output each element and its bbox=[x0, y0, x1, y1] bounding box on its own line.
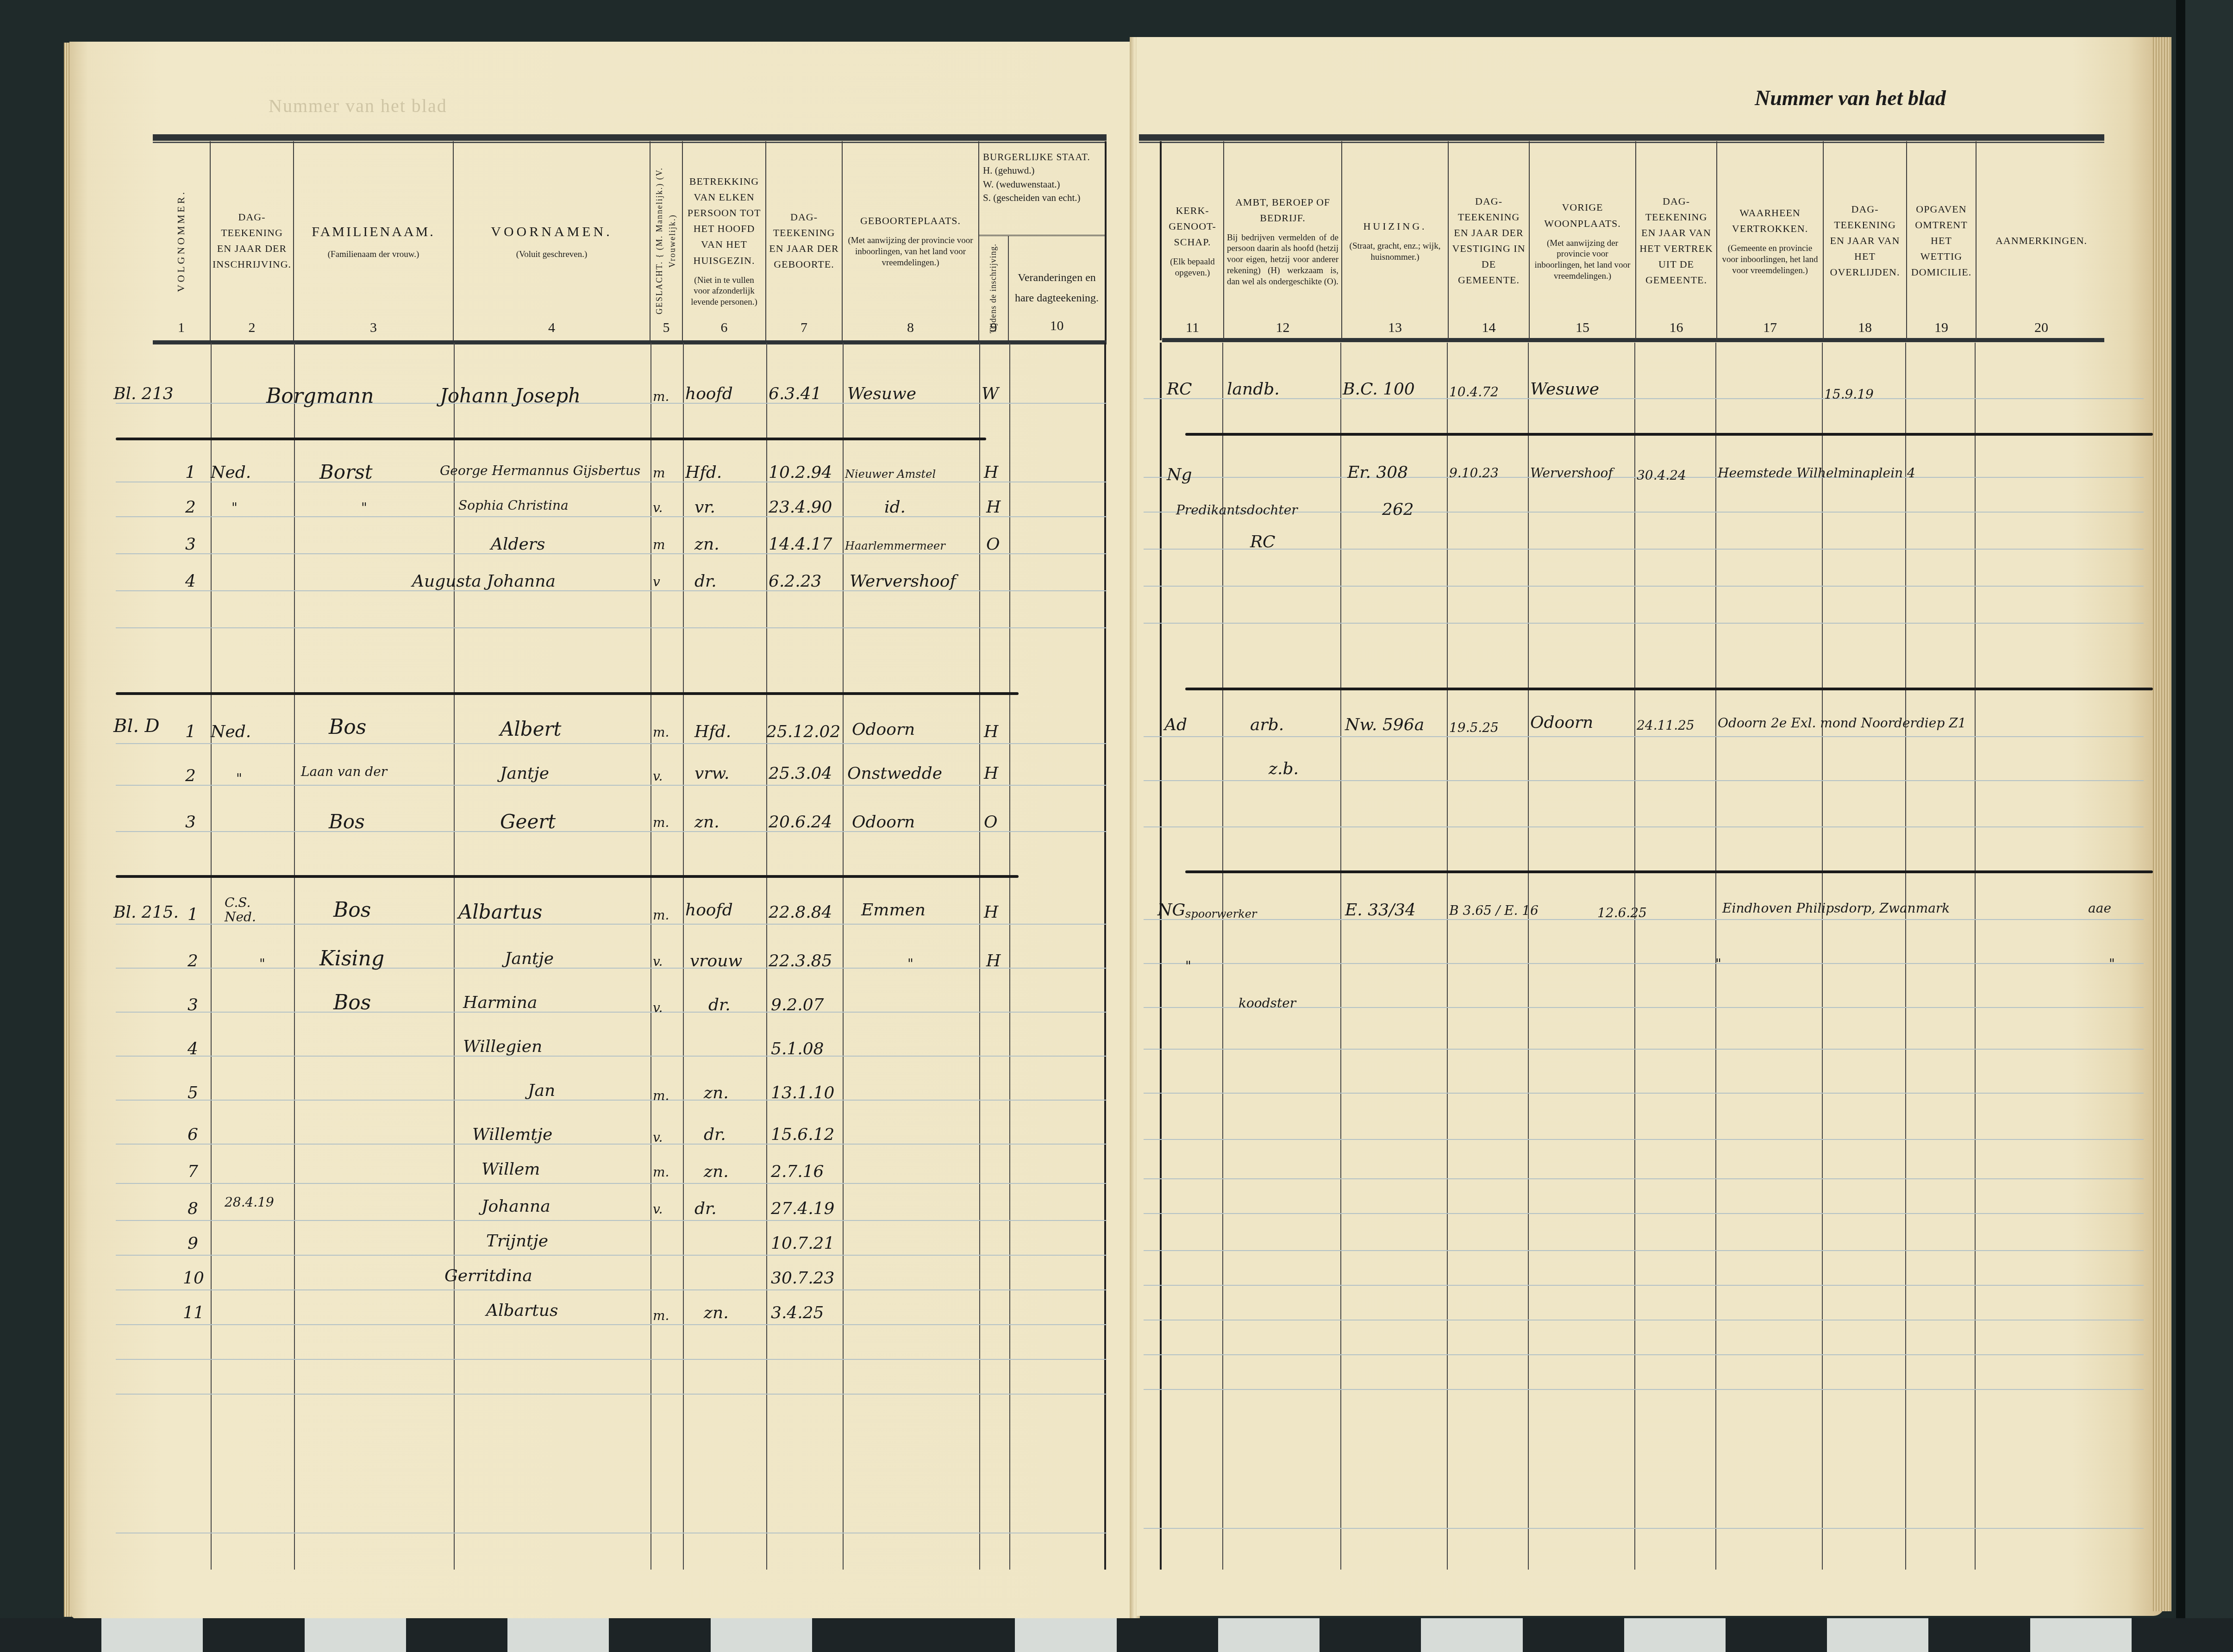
given-names: Sophia Christina bbox=[458, 498, 569, 513]
birth-place: Odoorn bbox=[852, 813, 915, 832]
col-header-1: VOLGNOMMER. 1 bbox=[153, 141, 211, 340]
sex: m. bbox=[653, 907, 669, 923]
occupation: Predikantsdochter bbox=[1176, 502, 1298, 518]
sex: v. bbox=[653, 769, 663, 784]
given-names: Albartus bbox=[486, 1301, 558, 1320]
civil-status: H bbox=[984, 903, 998, 922]
sequence-number: 3 bbox=[185, 813, 196, 832]
relation: hoofd bbox=[685, 901, 733, 920]
col-header-6: BETREKKING VAN ELKEN PERSOON TOT HET HOO… bbox=[683, 141, 766, 340]
family-name: " bbox=[361, 500, 367, 515]
sex: v. bbox=[653, 1000, 663, 1015]
house: B.C. 100 bbox=[1343, 380, 1415, 399]
margin-note: Bl. 215. bbox=[113, 903, 179, 922]
family-name: Borgmann bbox=[266, 384, 374, 408]
sequence-number: 10 bbox=[183, 1269, 204, 1288]
birth-date: 9.2.07 bbox=[771, 995, 824, 1014]
registration: " bbox=[231, 500, 238, 515]
registration: " bbox=[259, 956, 265, 971]
sex: v. bbox=[653, 954, 663, 969]
sequence-number: 9 bbox=[188, 1234, 198, 1253]
given-names: Willemtje bbox=[472, 1125, 552, 1144]
registration: " bbox=[236, 771, 242, 786]
family-name: Bos bbox=[333, 991, 371, 1014]
header-top-rule-right bbox=[1139, 134, 2104, 141]
sex: m. bbox=[653, 815, 669, 830]
sequence-number: 5 bbox=[188, 1083, 198, 1102]
given-names: Augusta Johanna bbox=[412, 572, 556, 591]
registration: C.S. Ned. bbox=[225, 896, 266, 925]
church: RC bbox=[1167, 380, 1192, 399]
col-header-20: AANMERKINGEN. 20 bbox=[1977, 141, 2106, 340]
household-separator bbox=[116, 875, 1019, 878]
sex: m. bbox=[653, 1164, 669, 1180]
registration: Ned. bbox=[211, 722, 251, 741]
registration: Ned. bbox=[211, 463, 251, 482]
birth-place: id. bbox=[884, 498, 906, 517]
family-name: Bos bbox=[333, 898, 371, 922]
col-header-7: DAG- TEEKENING EN JAAR DER GEBOORTE. 7 bbox=[766, 141, 843, 340]
sex: m. bbox=[653, 725, 669, 740]
birth-place: Haarlemmermeer bbox=[845, 539, 945, 552]
birth-place: Onstwedde bbox=[847, 764, 942, 783]
civil-status: H bbox=[984, 722, 998, 741]
birth-place: Wervershoof bbox=[850, 572, 956, 591]
bleed-through-text: Nummer van het blad bbox=[269, 95, 447, 117]
house: E. 33/34 bbox=[1345, 901, 1416, 920]
civil-status: H bbox=[984, 764, 998, 783]
given-names: Geert bbox=[500, 810, 556, 833]
col-header-5: GESLACHT. { (M. Mannelijk.) (V. Vrouweli… bbox=[651, 141, 683, 340]
occupation: spoorwerker bbox=[1185, 907, 1257, 920]
given-names: Willem bbox=[482, 1160, 540, 1179]
relation: vr. bbox=[694, 498, 715, 517]
col-header-2: DAG- TEEKENING EN JAAR DER INSCHRIJVING.… bbox=[211, 141, 294, 340]
given-names: Gerritdina bbox=[444, 1266, 532, 1285]
relation: vrw. bbox=[694, 764, 730, 783]
church: Ad bbox=[1164, 715, 1187, 734]
relation: hoofd bbox=[685, 384, 733, 403]
col-header-11: KERK- GENOOT- SCHAP. (Elk bepaald opgeve… bbox=[1162, 141, 1224, 340]
occupation: koodster bbox=[1238, 995, 1296, 1011]
sex: m. bbox=[653, 1088, 669, 1103]
birth-date: 2.7.16 bbox=[771, 1162, 824, 1181]
relation: zn. bbox=[704, 1083, 729, 1102]
departure-date: 24.11.25 bbox=[1637, 718, 1695, 733]
birth-date: 10.7.21 bbox=[771, 1234, 834, 1253]
relation: zn. bbox=[704, 1303, 729, 1322]
settlement-date: 9.10.23 bbox=[1449, 465, 1499, 481]
birth-date: 22.8.84 bbox=[769, 903, 832, 922]
church: " bbox=[1185, 958, 1191, 974]
col-header-19: OPGAVEN OMTRENT HET WETTIG DOMICILIE. 19 bbox=[1907, 141, 1977, 340]
col-header-18: DAG- TEEKENING EN JAAR VAN HET OVERLIJDE… bbox=[1824, 141, 1907, 340]
remarks: aae bbox=[2088, 901, 2111, 916]
col-header-9: Tijdens de inschrijving. 9 bbox=[979, 236, 1009, 340]
departure-date: 30.4.24 bbox=[1637, 468, 1686, 483]
house: 262 bbox=[1382, 500, 1414, 519]
family-name: Kising bbox=[319, 947, 384, 970]
church: Ng bbox=[1167, 465, 1192, 484]
previous-residence: Odoorn bbox=[1530, 713, 1593, 732]
destination: Odoorn 2e Exl. mond Noorderdiep Z1 bbox=[1718, 715, 1966, 731]
occupation: RC bbox=[1250, 532, 1276, 551]
family-name: Bos bbox=[329, 810, 365, 833]
sequence-number: 3 bbox=[185, 535, 196, 554]
registration: 28.4.19 bbox=[225, 1195, 274, 1210]
sequence-number: 7 bbox=[188, 1162, 198, 1181]
birth-place: Emmen bbox=[861, 901, 926, 920]
sequence-number: 1 bbox=[185, 722, 196, 741]
birth-date: 22.3.85 bbox=[769, 951, 832, 970]
birth-date: 27.4.19 bbox=[771, 1199, 834, 1218]
civil-status: O bbox=[984, 813, 998, 832]
birth-place: Odoorn bbox=[852, 720, 915, 739]
birth-place: " bbox=[907, 956, 913, 971]
relation: zn. bbox=[704, 1162, 729, 1181]
col-header-17: WAARHEEN VERTROKKEN. (Gemeente en provin… bbox=[1717, 141, 1824, 340]
margin-note: Bl. D bbox=[113, 715, 160, 737]
birth-place: Wesuwe bbox=[847, 384, 916, 403]
col-header-3: FAMILIENAAM. (Familienaam der vrouw.) 3 bbox=[294, 141, 454, 340]
household-separator bbox=[116, 438, 986, 440]
sequence-number: 6 bbox=[188, 1125, 198, 1144]
family-name: Bos bbox=[329, 715, 366, 739]
sex: v. bbox=[653, 500, 663, 515]
sequence-number: 2 bbox=[185, 498, 196, 517]
birth-date: 5.1.08 bbox=[771, 1039, 824, 1058]
birth-date: 6.2.23 bbox=[769, 572, 822, 591]
col-header-8: GEBOORTEPLAATS. (Met aanwijzing der prov… bbox=[843, 141, 979, 340]
sequence-number: 4 bbox=[185, 572, 196, 591]
column-headers-right: KERK- GENOOT- SCHAP. (Elk bepaald opgeve… bbox=[1160, 141, 2106, 340]
col-header-burgerlijke-staat: BURGERLIJKE STAAT. H. (gehuwd.) W. (wedu… bbox=[979, 141, 1107, 340]
sequence-number: 1 bbox=[188, 905, 198, 924]
previous-residence: Wervershoof bbox=[1530, 465, 1613, 481]
col-header-4: VOORNAMEN. (Voluit geschreven.) 4 bbox=[454, 141, 651, 340]
sex: m bbox=[653, 537, 665, 552]
sequence-number: 3 bbox=[188, 995, 198, 1014]
column-headers-left: VOLGNOMMER. 1 DAG- TEEKENING EN JAAR DER… bbox=[153, 141, 1107, 340]
sex: v. bbox=[653, 1130, 663, 1145]
relation: dr. bbox=[694, 572, 717, 591]
relation: Hfd. bbox=[685, 463, 722, 482]
occupation: arb. bbox=[1250, 715, 1284, 734]
sequence-number: 11 bbox=[183, 1303, 204, 1322]
given-names: Johanna bbox=[482, 1197, 550, 1216]
given-names: Jantje bbox=[500, 764, 549, 783]
sex: v. bbox=[653, 1201, 663, 1217]
sequence-number: 2 bbox=[185, 766, 196, 785]
sex: m. bbox=[653, 1308, 669, 1323]
given-names: Jantje bbox=[505, 949, 554, 968]
given-names: Johann Joseph bbox=[440, 384, 581, 407]
destination: Eindhoven Philipsdorp, Zwanmark bbox=[1722, 901, 1950, 916]
col-header-10: Veranderingen en hare dagteekening. 10 bbox=[1009, 236, 1105, 340]
birth-date: 6.3.41 bbox=[769, 384, 822, 403]
destination: Heemstede Wilhelminaplein 4 bbox=[1718, 465, 1915, 481]
given-names: Alders bbox=[491, 535, 545, 554]
given-names: Harmina bbox=[463, 993, 537, 1012]
given-names: Trijntje bbox=[486, 1232, 548, 1251]
given-names: Jan bbox=[528, 1081, 555, 1100]
birth-date: 30.7.23 bbox=[771, 1269, 834, 1288]
occupation: landb. bbox=[1227, 380, 1280, 399]
civil-status: H bbox=[984, 463, 998, 482]
death-date: 15.9.19 bbox=[1824, 387, 1874, 402]
sex: v bbox=[653, 574, 660, 589]
household-separator bbox=[1185, 688, 2153, 690]
relation: Hfd. bbox=[694, 722, 731, 741]
relation: dr. bbox=[708, 995, 731, 1014]
sequence-number: 2 bbox=[188, 951, 198, 970]
given-names: Albartus bbox=[458, 901, 542, 923]
birth-date: 10.2.94 bbox=[769, 463, 832, 482]
remarks: " bbox=[2109, 956, 2115, 971]
col-header-16: DAG- TEEKENING EN JAAR VAN HET VERTREK U… bbox=[1636, 141, 1717, 340]
civil-status: O bbox=[986, 535, 1000, 554]
birth-date: 13.1.10 bbox=[771, 1083, 834, 1102]
birth-place: Nieuwer Amstel bbox=[845, 468, 936, 481]
sequence-number: 1 bbox=[185, 463, 196, 482]
household-separator bbox=[1185, 870, 2153, 873]
departure-date: 12.6.25 bbox=[1597, 905, 1647, 920]
given-names: Albert bbox=[500, 718, 561, 740]
occupation: z.b. bbox=[1269, 759, 1299, 778]
settlement-date: 19.5.25 bbox=[1449, 720, 1499, 735]
household-separator bbox=[116, 692, 1019, 695]
relation: vrouw bbox=[690, 951, 742, 970]
calibration-checkerboard bbox=[0, 1618, 2233, 1652]
sequence-number: 4 bbox=[188, 1039, 198, 1058]
margin-note: Bl. 213 bbox=[113, 384, 174, 403]
relation: zn. bbox=[694, 813, 719, 832]
family-name: Laan van der bbox=[301, 764, 387, 779]
col-header-15: VORIGE WOONPLAATS. (Met aanwijzing der p… bbox=[1530, 141, 1636, 340]
house: Er. 308 bbox=[1347, 463, 1408, 482]
col-header-13: HUIZING. (Straat, gracht, enz.; wijk, hu… bbox=[1342, 141, 1449, 340]
settlement-date: B 3.65 / E. 16 bbox=[1449, 903, 1539, 918]
house: Nw. 596a bbox=[1345, 715, 1424, 734]
birth-date: 23.4.90 bbox=[769, 498, 832, 517]
page-number-label: Nummer van het blad bbox=[1755, 86, 1946, 110]
civil-status: W bbox=[982, 384, 999, 403]
relation: dr. bbox=[704, 1125, 726, 1144]
sex: m. bbox=[653, 389, 669, 404]
household-separator bbox=[1185, 433, 2153, 436]
col-header-14: DAG- TEEKENING EN JAAR DER VESTIGING IN … bbox=[1449, 141, 1530, 340]
col-header-12: AMBT, BEROEP OF BEDRIJF. Bij bedrijven v… bbox=[1224, 141, 1342, 340]
birth-date: 14.4.17 bbox=[769, 535, 832, 554]
church: NG bbox=[1157, 901, 1185, 920]
header-top-rule-left bbox=[153, 134, 1107, 141]
given-names: George Hermannus Gijsbertus bbox=[440, 463, 640, 478]
family-name: Borst bbox=[319, 461, 373, 483]
destination: " bbox=[1715, 956, 1721, 971]
birth-date: 15.6.12 bbox=[771, 1125, 834, 1144]
relation: dr. bbox=[694, 1199, 717, 1218]
birth-date: 20.6.24 bbox=[769, 813, 832, 832]
birth-date: 25.12.02 bbox=[766, 722, 840, 741]
relation: zn. bbox=[694, 535, 719, 554]
previous-residence: Wesuwe bbox=[1530, 380, 1599, 399]
sex: m bbox=[653, 465, 665, 481]
settlement-date: 10.4.72 bbox=[1449, 384, 1499, 400]
birth-date: 25.3.04 bbox=[769, 764, 832, 783]
civil-status: H bbox=[986, 951, 1001, 970]
birth-date: 3.4.25 bbox=[771, 1303, 824, 1322]
sequence-number: 8 bbox=[188, 1199, 198, 1218]
given-names: Willegien bbox=[463, 1037, 542, 1056]
civil-status: H bbox=[986, 498, 1001, 517]
